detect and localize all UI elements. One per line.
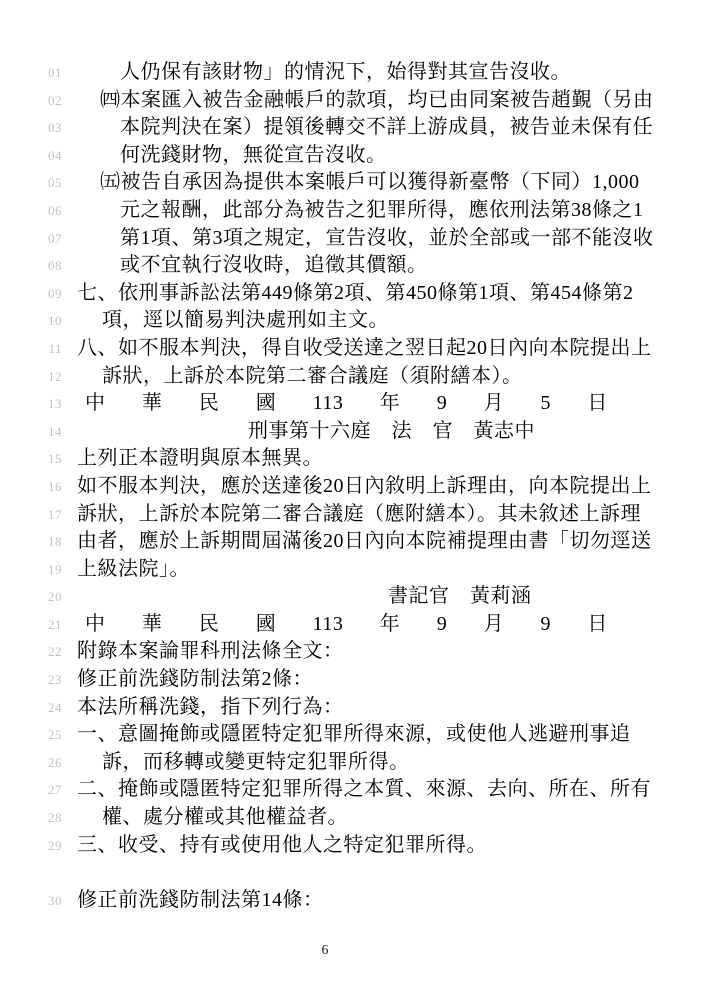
date-part: 民 [199, 611, 220, 639]
date-part: 國 [256, 611, 277, 639]
document-line: 17 訴狀，上訴於本院第二審合議庭（應附繕本）。其未敘述上訴理 [0, 501, 706, 529]
line-number: 27 [36, 776, 62, 804]
date-part: 國 [256, 390, 277, 418]
line-text: 本法所稱洗錢，指下列行為： [77, 694, 344, 722]
line-number: 15 [36, 445, 62, 473]
line-text: 權、處分權或其他權益者。 [102, 804, 348, 832]
date-part: 113 [313, 390, 344, 418]
line-number: 09 [36, 280, 62, 308]
judge-signature-line: 刑事第十六庭 法 官 黃志中 [248, 418, 535, 446]
line-number: 26 [36, 749, 62, 777]
line-text: 項，逕以簡易判決處刑如主文。 [102, 307, 389, 335]
line-text: 修正前洗錢防制法第14條： [77, 887, 324, 915]
document-line: 19 上級法院」。 [0, 556, 706, 584]
line-number: 06 [36, 197, 62, 225]
line-text: 本院判決在案）提領後轉交不詳上游成員，被告並未保有任 [120, 114, 653, 142]
document-line: 26 訴，而移轉或變更特定犯罪所得。 [0, 749, 706, 777]
line-number: 11 [36, 335, 62, 363]
line-text: 如不服本判決，應於送達後20日內敘明上訴理由，向本院提出上 [77, 473, 652, 501]
document-line: 08 或不宜執行沒收時，追徵其價額。 [0, 252, 706, 280]
line-number: 14 [36, 418, 62, 446]
document-line: 05 ㈤被告自承因為提供本案帳戶可以獲得新臺幣（下同）1,000 [0, 169, 706, 197]
line-text: 訴狀，上訴於本院第二審合議庭（應附繕本）。其未敘述上訴理 [77, 501, 641, 529]
line-text: 一、意圖掩飾或隱匿特定犯罪所得來源，或使他人逃避刑事追 [77, 721, 631, 749]
line-text: 訴，而移轉或變更特定犯罪所得。 [102, 749, 410, 777]
document-page: 01 人仍保有該財物」的情況下，始得對其宣告沒收。 02 ㈣本案匯入被告金融帳戶… [0, 59, 706, 914]
document-line: 04 何洗錢財物，無從宣告沒收。 [0, 142, 706, 170]
document-line: 18 由者，應於上訴期間屆滿後20日內向本院補提理由書「切勿逕送 [0, 528, 706, 556]
date-line: 中 華 民 國 113 年 9 月 5 日 [85, 390, 608, 418]
date-part: 5 [541, 390, 552, 418]
document-line: 23 修正前洗錢防制法第2條： [0, 666, 706, 694]
line-text: 三、收受、持有或使用他人之特定犯罪所得。 [77, 832, 487, 860]
line-number: 04 [36, 142, 62, 170]
blank-line [0, 859, 706, 887]
document-line: 10 項，逕以簡易判決處刑如主文。 [0, 307, 706, 335]
line-number: 07 [36, 225, 62, 253]
date-part: 年 [380, 611, 401, 639]
line-text: 或不宜執行沒收時，追徵其價額。 [120, 252, 428, 280]
line-text: 上列正本證明與原本無異。 [77, 445, 323, 473]
date-part: 日 [587, 390, 608, 418]
line-number: 20 [36, 583, 62, 611]
line-number: 22 [36, 638, 62, 666]
line-text: ㈤被告自承因為提供本案帳戶可以獲得新臺幣（下同）1,000 [100, 169, 640, 197]
document-line: 28 權、處分權或其他權益者。 [0, 804, 706, 832]
line-number: 23 [36, 666, 62, 694]
line-number: 08 [36, 252, 62, 280]
line-number: 24 [36, 694, 62, 722]
document-line: 02 ㈣本案匯入被告金融帳戶的款項，均已由同案被告趙覲（另由 [0, 87, 706, 115]
line-text: 訴狀，上訴於本院第二審合議庭（須附繕本）。 [102, 363, 523, 391]
line-text: 二、掩飾或隱匿特定犯罪所得之本質、來源、去向、所在、所有 [77, 776, 651, 804]
date-part: 月 [484, 611, 505, 639]
line-number: 21 [36, 611, 62, 639]
line-text: 元之報酬，此部分為被告之犯罪所得，應依刑法第38條之1 [120, 197, 644, 225]
date-line: 中 華 民 國 113 年 9 月 9 日 [85, 611, 608, 639]
line-number: 16 [36, 473, 62, 501]
line-text: 人仍保有該財物」的情況下，始得對其宣告沒收。 [120, 59, 571, 87]
document-line: 16 如不服本判決，應於送達後20日內敘明上訴理由，向本院提出上 [0, 473, 706, 501]
date-part: 9 [437, 390, 448, 418]
date-part: 華 [142, 390, 163, 418]
document-line: 22 附錄本案論罪科刑法條全文： [0, 638, 706, 666]
date-part: 中 [85, 611, 106, 639]
date-part: 月 [484, 390, 505, 418]
line-number: 05 [36, 169, 62, 197]
date-part: 113 [313, 611, 344, 639]
date-part: 民 [199, 390, 220, 418]
document-line: 29 三、收受、持有或使用他人之特定犯罪所得。 [0, 832, 706, 860]
clerk-signature-line: 書記官 黃莉涵 [388, 583, 532, 611]
document-line: 11 八、如不服本判決，得自收受送達之翌日起20日內向本院提出上 [0, 335, 706, 363]
document-line: 01 人仍保有該財物」的情況下，始得對其宣告沒收。 [0, 59, 706, 87]
date-part: 華 [142, 611, 163, 639]
date-part: 年 [380, 390, 401, 418]
document-line: 03 本院判決在案）提領後轉交不詳上游成員，被告並未保有任 [0, 114, 706, 142]
line-text: 第1項、第3項之規定，宣告沒收，並於全部或一部不能沒收 [120, 225, 654, 253]
line-text: 上級法院」。 [77, 556, 190, 584]
line-text: 由者，應於上訴期間屆滿後20日內向本院補提理由書「切勿逕送 [77, 528, 652, 556]
line-number: 19 [36, 556, 62, 584]
line-number: 03 [36, 114, 62, 142]
line-text: 七、依刑事訴訟法第449條第2項、第450條第1項、第454條第2 [77, 280, 634, 308]
line-number: 30 [36, 887, 62, 915]
document-line: 30 修正前洗錢防制法第14條： [0, 887, 706, 915]
line-number: 12 [36, 363, 62, 391]
line-number: 29 [36, 832, 62, 860]
document-line: 15 上列正本證明與原本無異。 [0, 445, 706, 473]
date-part: 日 [587, 611, 608, 639]
document-line: 13 中 華 民 國 113 年 9 月 5 日 [0, 390, 706, 418]
date-part: 9 [541, 611, 552, 639]
document-line: 25 一、意圖掩飾或隱匿特定犯罪所得來源，或使他人逃避刑事追 [0, 721, 706, 749]
line-number: 25 [36, 721, 62, 749]
line-number: 28 [36, 804, 62, 832]
line-number: 18 [36, 528, 62, 556]
page-number: 6 [0, 943, 650, 959]
line-text: 修正前洗錢防制法第2條： [77, 666, 313, 694]
line-number: 13 [36, 390, 62, 418]
line-number: 10 [36, 307, 62, 335]
line-text: ㈣本案匯入被告金融帳戶的款項，均已由同案被告趙覲（另由 [100, 87, 654, 115]
document-line: 24 本法所稱洗錢，指下列行為： [0, 694, 706, 722]
line-number: 02 [36, 87, 62, 115]
line-text: 附錄本案論罪科刑法條全文： [77, 638, 344, 666]
line-text: 八、如不服本判決，得自收受送達之翌日起20日內向本院提出上 [77, 335, 652, 363]
document-line: 21 中 華 民 國 113 年 9 月 9 日 [0, 611, 706, 639]
line-text: 何洗錢財物，無從宣告沒收。 [120, 142, 387, 170]
document-line: 20 書記官 黃莉涵 [0, 583, 706, 611]
line-number: 01 [36, 59, 62, 87]
date-part: 9 [437, 611, 448, 639]
document-line: 09 七、依刑事訴訟法第449條第2項、第450條第1項、第454條第2 [0, 280, 706, 308]
document-line: 06 元之報酬，此部分為被告之犯罪所得，應依刑法第38條之1 [0, 197, 706, 225]
document-line: 07 第1項、第3項之規定，宣告沒收，並於全部或一部不能沒收 [0, 225, 706, 253]
date-part: 中 [85, 390, 106, 418]
document-line: 14 刑事第十六庭 法 官 黃志中 [0, 418, 706, 446]
document-line: 27 二、掩飾或隱匿特定犯罪所得之本質、來源、去向、所在、所有 [0, 776, 706, 804]
document-line: 12 訴狀，上訴於本院第二審合議庭（須附繕本）。 [0, 363, 706, 391]
line-number: 17 [36, 501, 62, 529]
